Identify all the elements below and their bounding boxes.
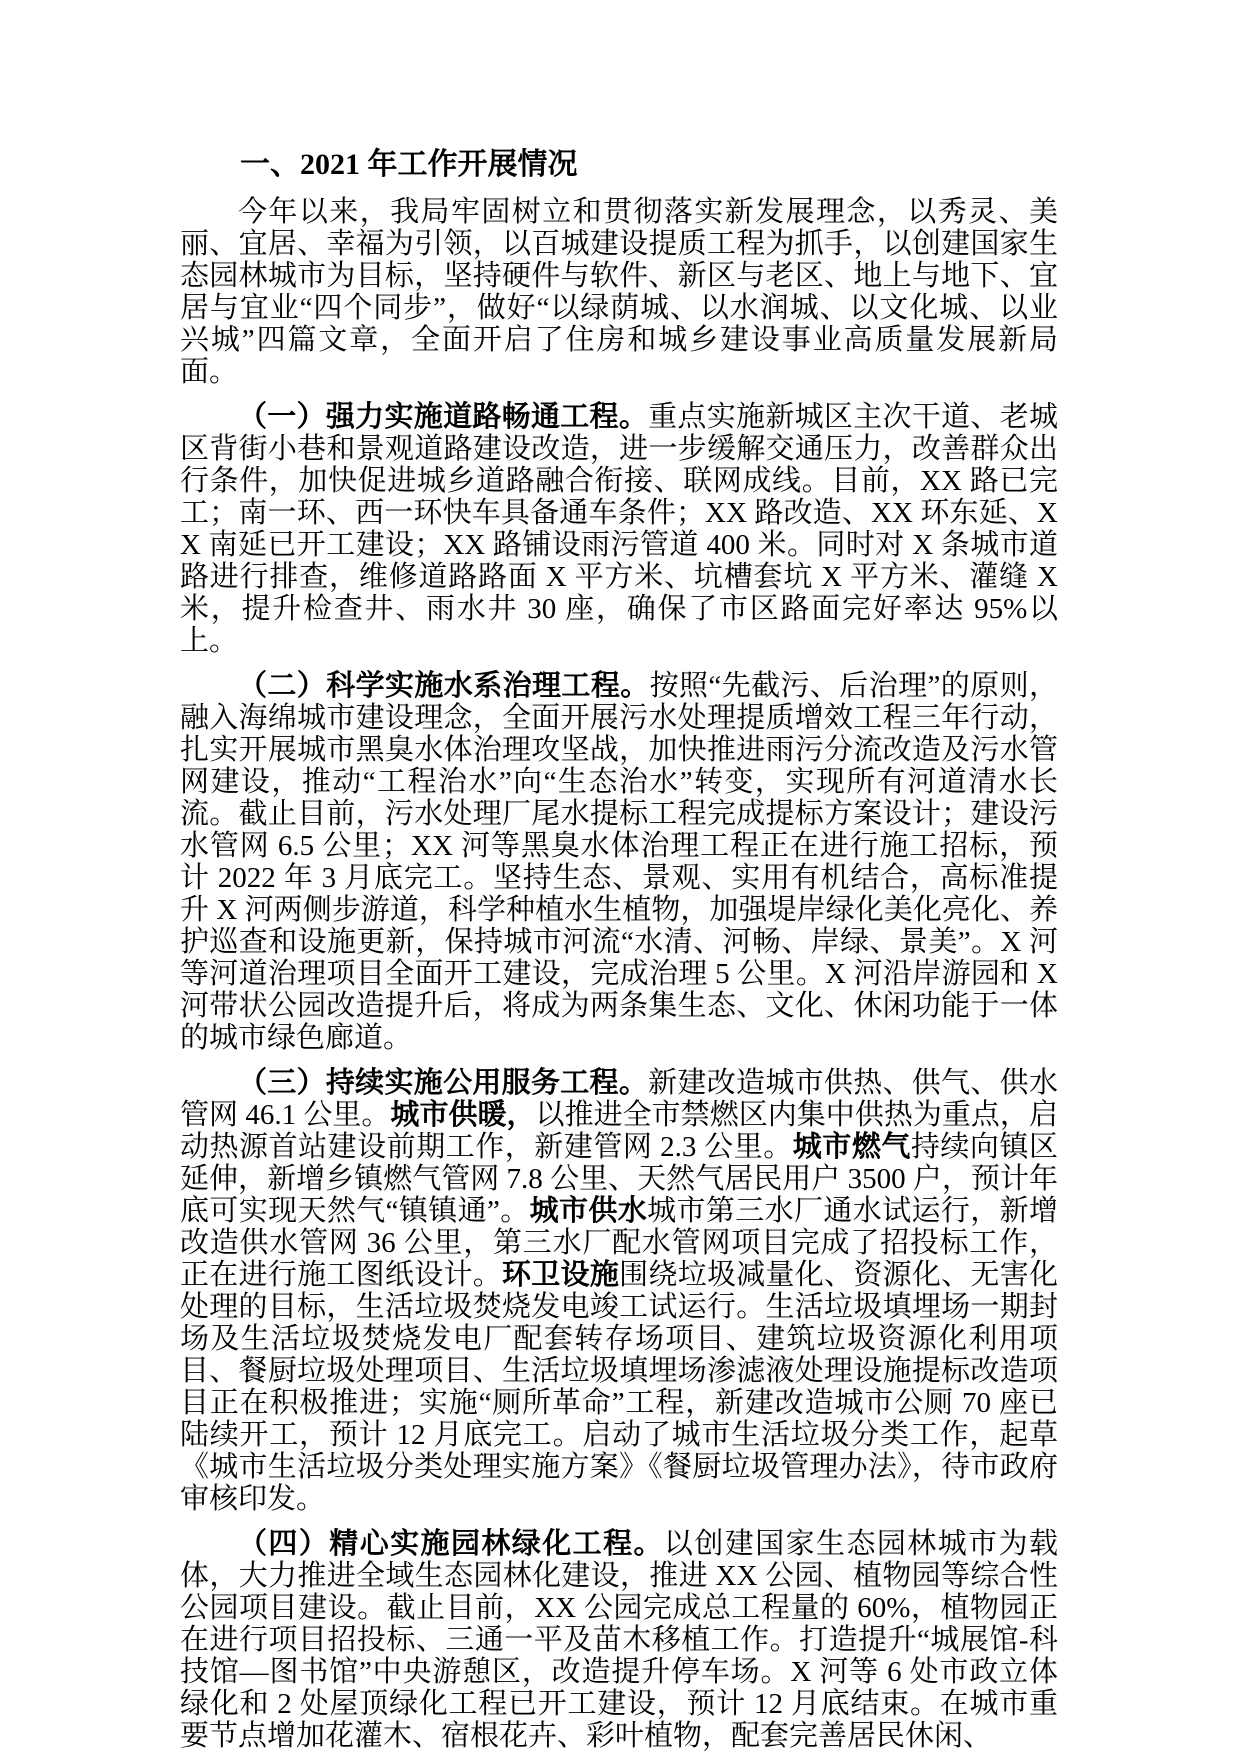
inline-lead-heating: 城市供暖， [390,1099,535,1131]
inline-lead-gas: 城市燃气 [793,1131,911,1163]
document-page: 一、2021 年工作开展情况 今年以来，我局牢固树立和贯彻落实新发展理念，以秀灵… [0,0,1240,1754]
paragraph-section-2: （二）科学实施水系治理工程。按照“先截污、后治理”的原则，融入海绵城市建设理念，… [180,670,1058,1054]
paragraph-section-4: （四）精心实施园林绿化工程。以创建国家生态园林城市为载体，大力推进全域生态园林化… [180,1528,1058,1752]
inline-lead-water-supply: 城市供水 [530,1195,648,1227]
paragraph-section-3: （三）持续实施公用服务工程。新建改造城市供热、供气、供水管网 46.1 公里。城… [180,1067,1058,1515]
paragraph-section-1: （一）强力实施道路畅通工程。重点实施新城区主次干道、老城区背街小巷和景观道路建设… [180,401,1058,657]
subsection-lead-road-works: （一）强力实施道路畅通工程。 [238,401,648,433]
text-run: 今年以来，我局牢固树立和贯彻落实新发展理念，以秀灵、美丽、宜居、幸福为引领，以百… [180,196,1058,388]
text-run: 按照“先截污、后治理”的原则，融入海绵城市建设理念，全面开展污水处理提质增效工程… [180,670,1058,1054]
subsection-lead-water-works: （二）科学实施水系治理工程。 [238,670,650,702]
text-run: 围绕垃圾减量化、资源化、无害化处理的目标，生活垃圾焚烧发电竣工试运行。生活垃圾填… [180,1259,1058,1515]
subsection-lead-public-services: （三）持续实施公用服务工程。 [238,1067,648,1099]
paragraph-intro: 今年以来，我局牢固树立和贯彻落实新发展理念，以秀灵、美丽、宜居、幸福为引领，以百… [180,196,1058,388]
inline-lead-sanitation: 环卫设施 [502,1259,619,1291]
section-heading: 一、2021 年工作开展情况 [180,148,1058,182]
subsection-lead-landscaping: （四）精心实施园林绿化工程。 [238,1528,664,1560]
text-run: 以创建国家生态园林城市为载体，大力推进全域生态园林化建设，推进 XX 公园、植物… [180,1528,1058,1752]
text-run: 重点实施新城区主次干道、老城区背街小巷和景观道路建设改造，进一步缓解交通压力，改… [180,401,1058,657]
